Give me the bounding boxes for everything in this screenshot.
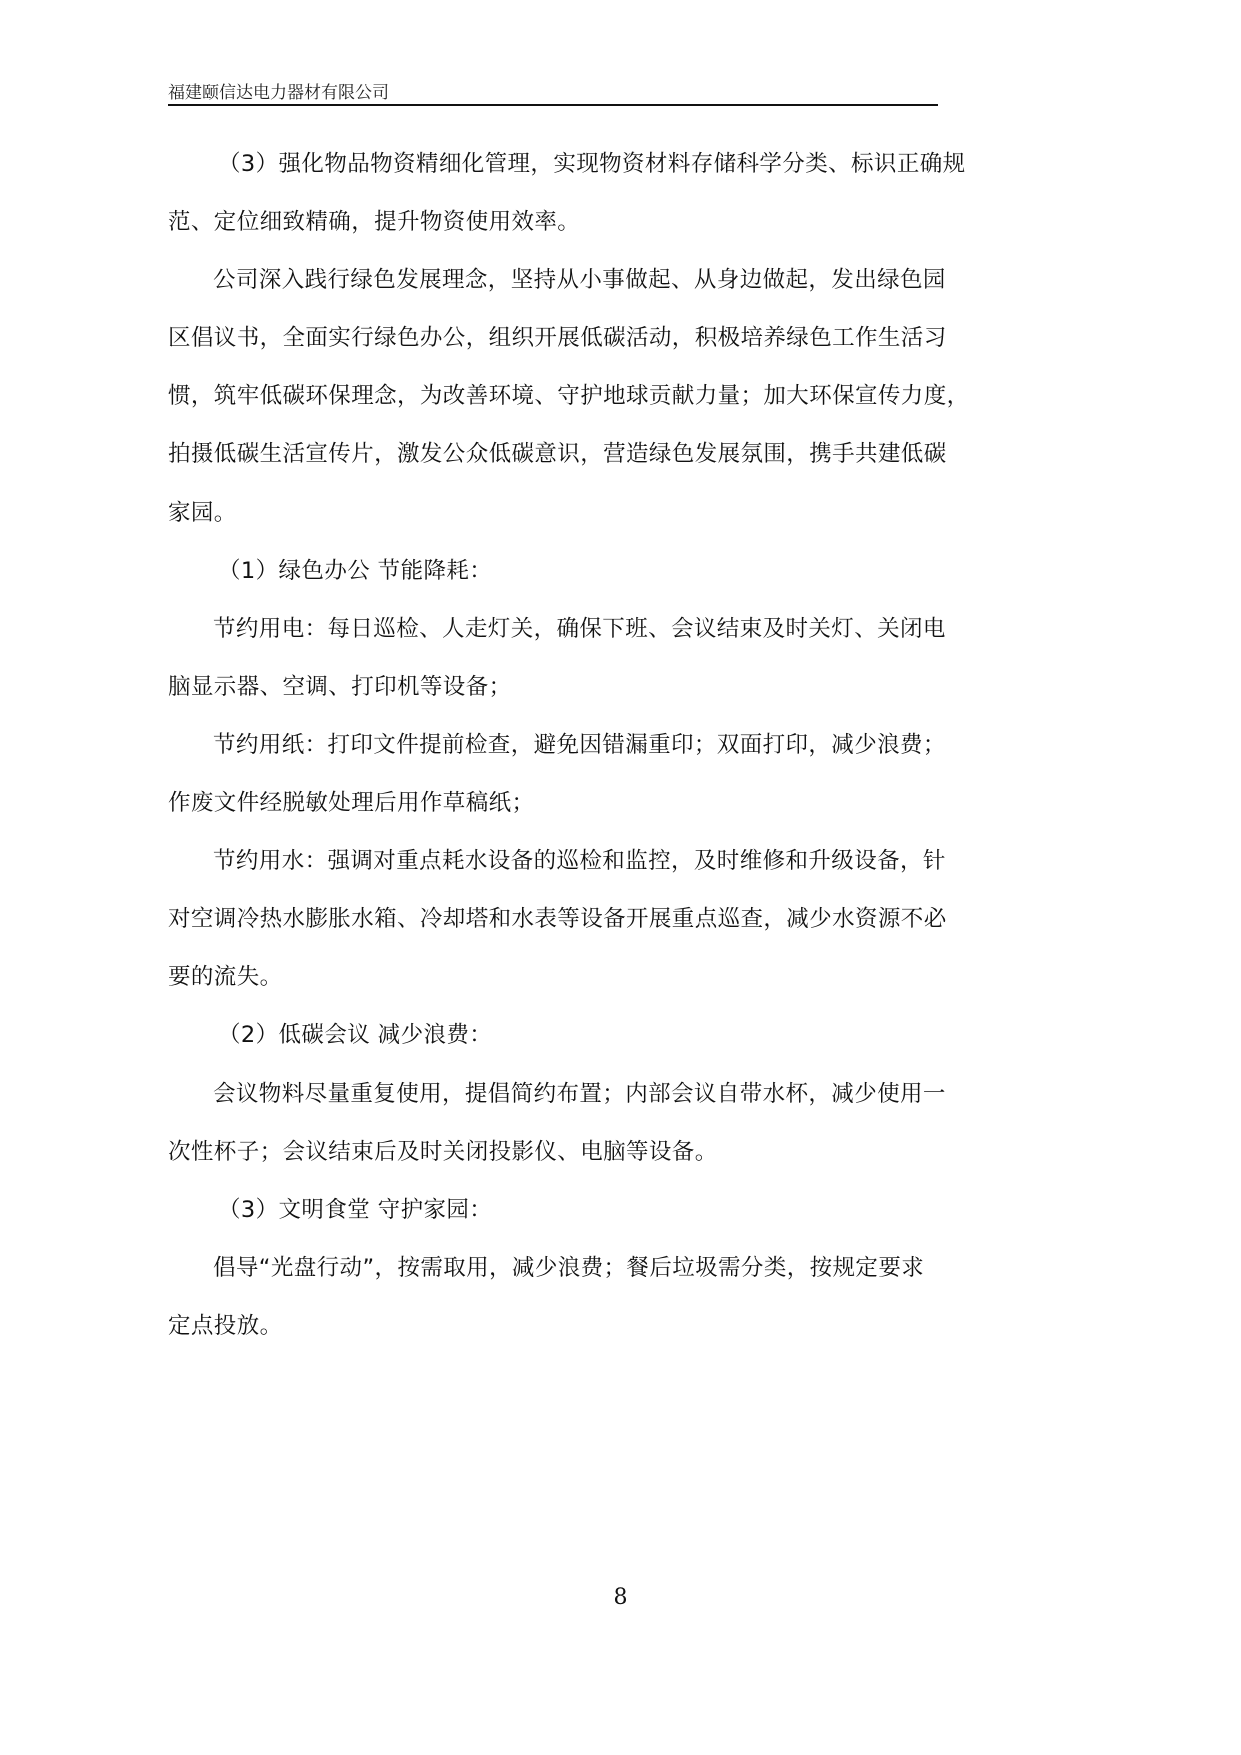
document-body: （3）强化物品物资精细化管理，实现物资材料存储科学分类、标识正确规 范、定位细致…: [168, 140, 943, 1360]
paragraph-line: 拍摄低碳生活宣传片，激发公众低碳意识，营造绿色发展氛围，携手共建低碳: [168, 430, 943, 488]
paragraph-line: 节约用水：强调对重点耗水设备的巡检和监控，及时维修和升级设备，针: [168, 837, 943, 895]
paragraph-line: 节约用纸：打印文件提前检查，避免因错漏重印；双面打印，减少浪费；: [168, 721, 943, 779]
paragraph-line: （3）强化物品物资精细化管理，实现物资材料存储科学分类、标识正确规: [168, 140, 943, 198]
paragraph-line: 要的流失。: [168, 953, 943, 1011]
paragraph-line: 作废文件经脱敏处理后用作草稿纸；: [168, 779, 943, 837]
page-header: 福建颐信达电力器材有限公司: [168, 78, 938, 106]
paragraph-line: 倡导“光盘行动”，按需取用，减少浪费；餐后垃圾需分类，按规定要求: [168, 1244, 943, 1302]
paragraph-line: 范、定位细致精确，提升物资使用效率。: [168, 198, 943, 256]
page-number: 8: [0, 1585, 1241, 1610]
section-heading: （1）绿色办公 节能降耗：: [168, 547, 943, 605]
paragraph-line: 家园。: [168, 489, 943, 547]
paragraph-line: 会议物料尽量重复使用，提倡简约布置；内部会议自带水杯，减少使用一: [168, 1070, 943, 1128]
paragraph-line: 脑显示器、空调、打印机等设备；: [168, 663, 943, 721]
paragraph-line: 次性杯子；会议结束后及时关闭投影仪、电脑等设备。: [168, 1128, 943, 1186]
company-name: 福建颐信达电力器材有限公司: [168, 78, 389, 103]
paragraph-line: 区倡议书，全面实行绿色办公，组织开展低碳活动，积极培养绿色工作生活习: [168, 314, 943, 372]
paragraph-line: 公司深入践行绿色发展理念，坚持从小事做起、从身边做起，发出绿色园: [168, 256, 943, 314]
section-heading: （3）文明食堂 守护家园：: [168, 1186, 943, 1244]
paragraph-line: 对空调冷热水膨胀水箱、冷却塔和水表等设备开展重点巡查，减少水资源不必: [168, 895, 943, 953]
paragraph-line: 惯，筑牢低碳环保理念，为改善环境、守护地球贡献力量；加大环保宣传力度，: [168, 372, 943, 430]
paragraph-line: 节约用电：每日巡检、人走灯关，确保下班、会议结束及时关灯、关闭电: [168, 605, 943, 663]
paragraph-line: 定点投放。: [168, 1302, 943, 1360]
section-heading: （2）低碳会议 减少浪费：: [168, 1011, 943, 1069]
header-divider: [168, 104, 938, 106]
